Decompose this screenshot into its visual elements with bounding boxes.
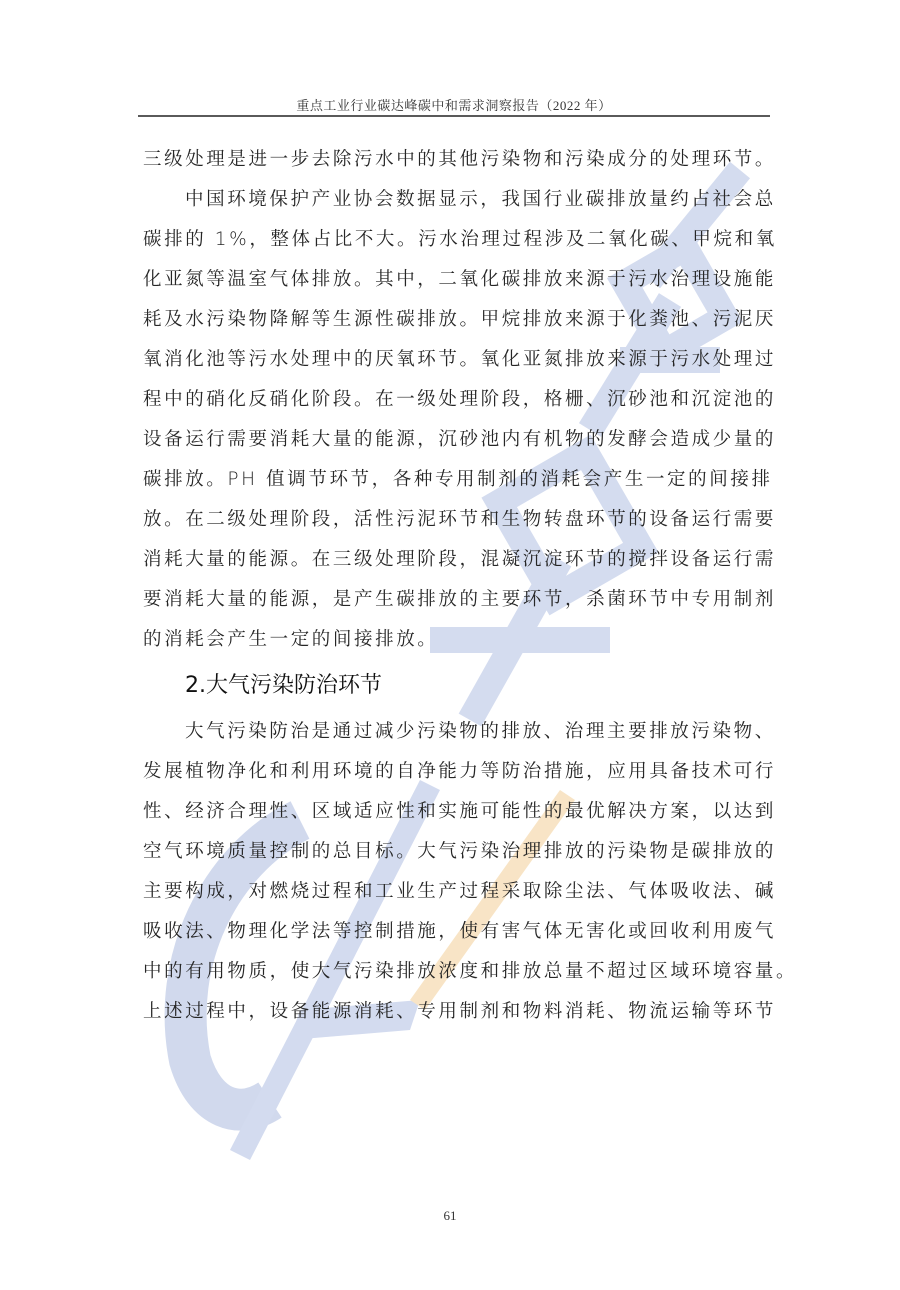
- paragraph-line: 碳排的 1%，整体占比不大。污水治理过程涉及二氧化碳、甲烷和氧: [143, 220, 769, 260]
- paragraph-line: 耗及水污染物降解等生源性碳排放。甲烷排放来源于化粪池、污泥厌: [143, 300, 769, 340]
- paragraph-line: 消耗大量的能源。在三级处理阶段，混凝沉淀环节的搅拌设备运行需: [143, 540, 769, 580]
- paragraph-line: 程中的硝化反硝化阶段。在一级处理阶段，格栅、沉砂池和沉淀池的: [143, 380, 769, 420]
- paragraph-line: 中国环境保护产业协会数据显示，我国行业碳排放量约占社会总: [143, 180, 769, 220]
- paragraph-line: 中的有用物质，使大气污染排放浓度和排放总量不超过区域环境容量。: [143, 952, 769, 992]
- page-number: 61: [0, 1208, 900, 1224]
- paragraph-line: 放。在二级处理阶段，活性污泥环节和生物转盘环节的设备运行需要: [143, 500, 769, 540]
- document-page: 重点工业行业碳达峰碳中和需求洞察报告（2022 年） 三级处理是进一步去除污水中…: [0, 0, 900, 1290]
- paragraph-line: 性、经济合理性、区域适应性和实施可能性的最优解决方案，以达到: [143, 792, 769, 832]
- paragraph-line: 设备运行需要消耗大量的能源，沉砂池内有机物的发酵会造成少量的: [143, 420, 769, 460]
- paragraph-line: 空气环境质量控制的总目标。大气污染治理排放的污染物是碳排放的: [143, 832, 769, 872]
- paragraph-line: 的消耗会产生一定的间接排放。: [143, 620, 769, 660]
- paragraph-line: 氧消化池等污水处理中的厌氧环节。氧化亚氮排放来源于污水处理过: [143, 340, 769, 380]
- paragraph-line: 碳排放。PH 值调节环节，各种专用制剂的消耗会产生一定的间接排: [143, 460, 769, 500]
- running-header: 重点工业行业碳达峰碳中和需求洞察报告（2022 年）: [140, 95, 768, 114]
- paragraph-line: 发展植物净化和利用环境的自净能力等防治措施，应用具备技术可行: [143, 752, 769, 792]
- paragraph-line: 化亚氮等温室气体排放。其中，二氧化碳排放来源于污水治理设施能: [143, 260, 769, 300]
- paragraph-line: 三级处理是进一步去除污水中的其他污染物和污染成分的处理环节。: [143, 140, 769, 180]
- paragraph-line: 主要构成，对燃烧过程和工业生产过程采取除尘法、气体吸收法、碱: [143, 872, 769, 912]
- paragraph-line: 吸收法、物理化学法等控制措施，使有害气体无害化或回收利用废气: [143, 912, 769, 952]
- section-heading: 2.大气污染防治环节: [143, 660, 769, 712]
- header-divider: [138, 115, 770, 117]
- paragraph-line: 要消耗大量的能源，是产生碳排放的主要环节，杀菌环节中专用制剂: [143, 580, 769, 620]
- paragraph-line: 大气污染防治是通过减少污染物的排放、治理主要排放污染物、: [143, 712, 769, 752]
- body-text: 三级处理是进一步去除污水中的其他污染物和污染成分的处理环节。 中国环境保护产业协…: [143, 140, 769, 1032]
- paragraph-line: 上述过程中，设备能源消耗、专用制剂和物料消耗、物流运输等环节: [143, 992, 769, 1032]
